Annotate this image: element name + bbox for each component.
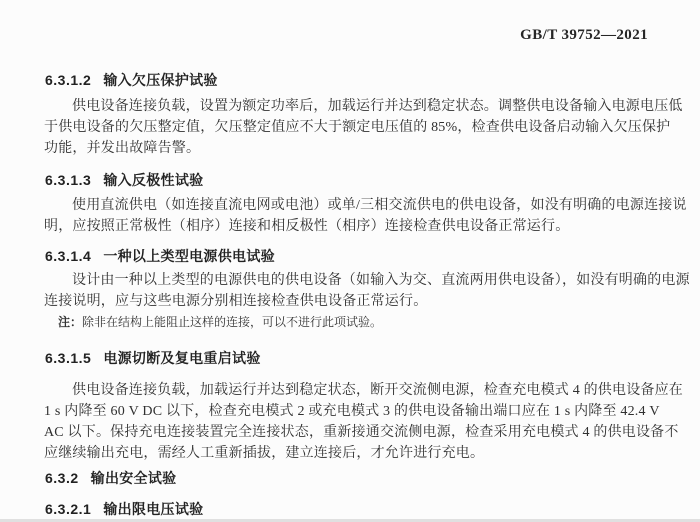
section-title: 电源切断及复电重启试验 xyxy=(103,350,260,366)
section-body-6-3-1-2: 供电设备连接负载，设置为额定功率后，加载运行并达到稳定状态。调整供电设备输入电源… xyxy=(44,96,696,159)
section-note-6-3-1-4: 注：除非在结构上能阻止这样的连接，可以不进行此项试验。 xyxy=(58,314,658,331)
section-title: 一种以上类型电源供电试验 xyxy=(103,248,275,264)
section-heading-6-3-2-1: 6.3.2.1输出限电压试验 xyxy=(45,499,203,519)
section-heading-6-3-2: 6.3.2输出安全试验 xyxy=(45,468,176,488)
section-title: 输出安全试验 xyxy=(91,470,177,486)
section-title: 输入反极性试验 xyxy=(103,172,203,188)
document-page: GB/T 39752—2021 6.3.1.2输入欠压保护试验 供电设备连接负载… xyxy=(0,0,700,522)
section-heading-6-3-1-2: 6.3.1.2输入欠压保护试验 xyxy=(45,70,218,90)
section-number: 6.3.2.1 xyxy=(45,501,91,517)
running-header: GB/T 39752—2021 xyxy=(520,27,648,44)
section-body-6-3-1-5: 供电设备连接负载，加载运行并达到稳定状态，断开交流侧电源，检查充电模式 4 的供… xyxy=(44,380,696,464)
section-number: 6.3.1.4 xyxy=(45,248,91,264)
note-label: 注： xyxy=(58,315,82,329)
section-title: 输出限电压试验 xyxy=(103,501,203,517)
section-number: 6.3.1.5 xyxy=(45,350,91,366)
section-body-6-3-1-4: 设计由一种以上类型的电源供电的供电设备（如输入为交、直流两用供电设备），如没有明… xyxy=(44,270,696,312)
section-heading-6-3-1-4: 6.3.1.4一种以上类型电源供电试验 xyxy=(45,246,275,266)
section-number: 6.3.2 xyxy=(45,470,79,486)
section-heading-6-3-1-5: 6.3.1.5电源切断及复电重启试验 xyxy=(45,348,261,368)
section-number: 6.3.1.3 xyxy=(45,172,91,188)
section-number: 6.3.1.2 xyxy=(45,72,91,88)
section-body-6-3-1-3: 使用直流供电（如连接直流电网或电池）或单/三相交流供电的供电设备，如没有明确的电… xyxy=(44,195,696,237)
section-title: 输入欠压保护试验 xyxy=(103,72,217,88)
note-text: 除非在结构上能阻止这样的连接，可以不进行此项试验。 xyxy=(82,315,382,329)
section-heading-6-3-1-3: 6.3.1.3输入反极性试验 xyxy=(45,170,203,190)
